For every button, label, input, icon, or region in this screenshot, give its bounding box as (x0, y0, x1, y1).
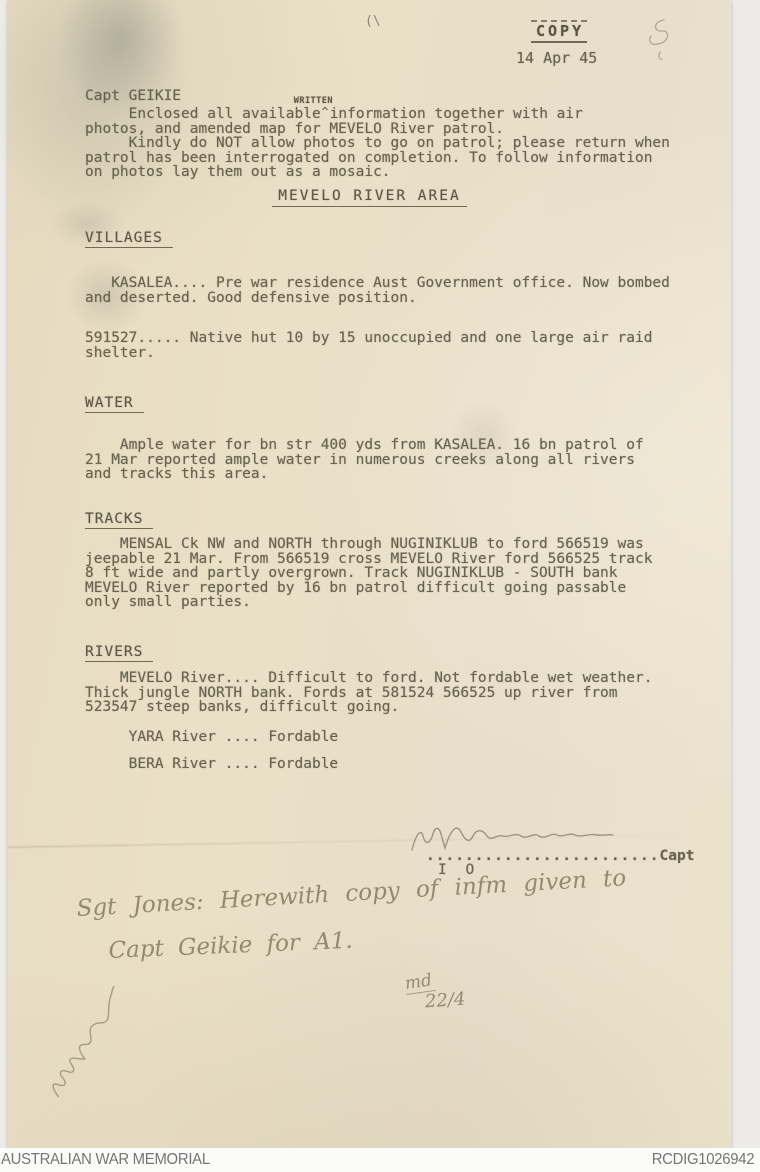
reference-id: RCDIG1026942 (651, 1151, 754, 1169)
text-line: and tracks this area. (85, 467, 644, 482)
salutation: Capt GEIKIE (85, 89, 181, 104)
section-heading-villages: VILLAGES (85, 231, 173, 248)
text-line: KASALEA.... Pre war residence Aust Gover… (85, 276, 670, 291)
bera-river-line: BERA River .... Fordable (85, 757, 338, 772)
text-line: MEVELO River.... Difficult to ford. Not … (85, 671, 652, 686)
section-heading-water: WATER (85, 396, 144, 413)
date-stamp: 14 Apr 45 (516, 49, 597, 67)
signature-rank: Capt (660, 848, 695, 864)
text-line: 21 Mar reported ample water in numerous … (85, 453, 644, 468)
text-line: and deserted. Good defensive position. (85, 291, 670, 306)
section-heading-rivers: RIVERS (85, 645, 153, 662)
text-line: on photos lay them out as a mosaic. (85, 165, 670, 180)
footer-bar: AUSTRALIAN WAR MEMORIAL RCDIG1026942 (0, 1148, 760, 1172)
text-line: 8 ft wide and partly overgrown. Track NU… (85, 566, 652, 581)
handwritten-note-line2: Capt Geikie for A1. (108, 928, 353, 964)
pencil-page-mark: (\ (365, 14, 381, 29)
yara-river-line: YARA River .... Fordable (85, 730, 338, 745)
villages-paragraph-1: KASALEA.... Pre war residence Aust Gover… (85, 276, 670, 305)
text-line: shelter. (85, 346, 652, 361)
villages-paragraph-2: 591527..... Native hut 10 by 15 unoccupi… (85, 331, 652, 360)
insertion-point: WRITTEN^ (321, 104, 330, 118)
intro-paragraphs: Enclosed all availableWRITTEN^informatio… (85, 104, 670, 180)
intro-line1-pre: Enclosed all available (85, 106, 321, 122)
archive-name: AUSTRALIAN WAR MEMORIAL (1, 1151, 210, 1169)
paper-crease (8, 834, 731, 849)
handwritten-date: 22/4 (424, 989, 466, 1013)
text-line: 523547 steep banks, difficult going. (85, 700, 652, 715)
text-line: Ample water for bn str 400 yds from KASA… (85, 438, 644, 453)
margin-scribble (40, 982, 139, 1106)
text-line: Kindly do NOT allow photos to go on patr… (85, 136, 670, 151)
tracks-paragraph: MENSAL Ck NW and NORTH through NUGINIKLU… (85, 537, 652, 610)
text-line: MENSAL Ck NW and NORTH through NUGINIKLU… (85, 537, 652, 552)
copy-stamp: COPY (531, 20, 587, 43)
text-line: only small parties. (85, 595, 652, 610)
text-line: 591527..... Native hut 10 by 15 unoccupi… (85, 331, 652, 346)
insertion-caret-icon: ^ (322, 105, 329, 120)
section-heading-tracks: TRACKS (85, 512, 153, 529)
text-line: patrol has been interrogated on completi… (85, 151, 670, 166)
text-line: jeepable 21 Mar. From 566519 cross MEVEL… (85, 552, 652, 567)
rivers-paragraph: MEVELO River.... Difficult to ford. Not … (85, 671, 652, 715)
text-line: MEVELO River reported by 16 bn patrol di… (85, 581, 652, 596)
document-title: MEVELO RIVER AREA (8, 188, 731, 207)
intro-line1-post: information together with air (330, 106, 583, 122)
scan-background: (\ COPY 14 Apr 45 Capt GEIKIE Enclosed a… (0, 0, 760, 1172)
text-line: Thick jungle NORTH bank. Fords at 581524… (85, 686, 652, 701)
text-line: photos, and amended map for MEVELO River… (85, 122, 670, 137)
text-line: Enclosed all availableWRITTEN^informatio… (85, 104, 670, 122)
handwritten-note-line1: Sgt Jones: Herewith copy of infm given t… (76, 865, 627, 922)
pencil-squiggle-icon (638, 16, 674, 68)
water-paragraph: Ample water for bn str 400 yds from KASA… (85, 438, 644, 482)
document-page: (\ COPY 14 Apr 45 Capt GEIKIE Enclosed a… (8, 0, 731, 1148)
